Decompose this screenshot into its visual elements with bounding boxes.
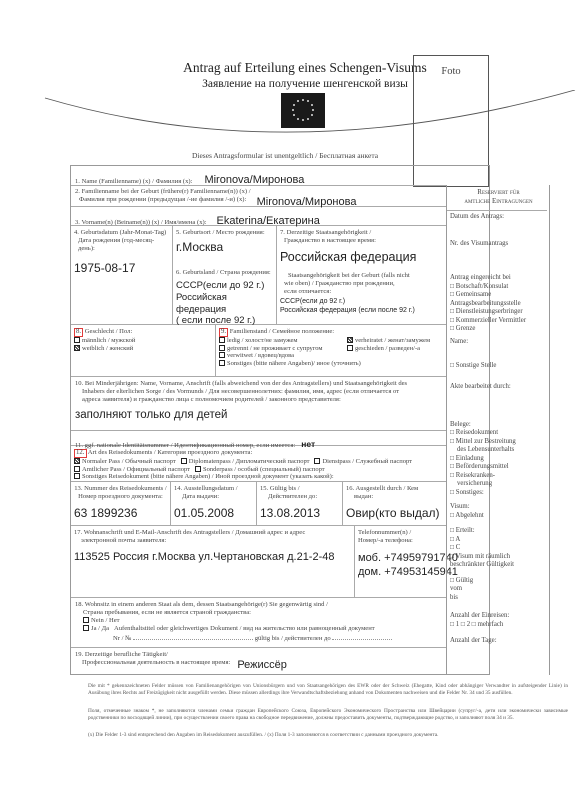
field-7-birth-label-line2: wie oben) / Гражданство при рождении, (280, 280, 444, 288)
option-label: Dienstpass / Служебный паспорт (322, 458, 412, 465)
official-checkbox-item[interactable]: □ A (450, 536, 547, 544)
option-yes-description: Aufenthaltstitel oder gleichwertiges Dok… (114, 625, 375, 632)
field-9-label: Familienstand / Семейное положение: (230, 328, 334, 335)
official-checkbox-item[interactable]: □ Erteilt: (450, 527, 547, 535)
phone-mobile: моб. +74959791740 (358, 551, 444, 565)
official-checkbox-item[interactable]: □ Botschaft/Konsulat (450, 283, 547, 291)
option-label: Normaler Pass / Обычный паспорт (82, 458, 176, 465)
official-use-items: Datum des Antrags:Nr. des VisumantragsAn… (450, 210, 547, 645)
option-label: weiblich / женский (82, 345, 133, 352)
official-label: Akte bearbeitet durch: (450, 383, 547, 391)
document-type-option[interactable]: Diplomatenpass / Дипломатический паспорт (181, 458, 310, 465)
footer-note-russian: Поля, отмеченные знаком *, не заполняютс… (88, 708, 568, 721)
form-title-russian: Заявление на получение шенгенской визы (170, 78, 440, 90)
field-17-address[interactable]: 17. Wohnanschrift und E-Mail-Anschrift d… (71, 526, 355, 597)
marital-option[interactable]: geschieden / разведен/-а (347, 345, 447, 353)
official-checkbox-item[interactable]: □ Reisekranken- (450, 472, 547, 480)
document-type-row: Amtlicher Pass / Официальный паспортSond… (74, 466, 444, 474)
field-9-number-highlight: 9. (219, 328, 228, 337)
document-type-option[interactable]: Dienstpass / Служебный паспорт (314, 458, 412, 465)
official-checkbox-item[interactable]: □ Sonstige Stelle (450, 362, 547, 370)
field-10-label-line1: 10. Bei Minderjährigen: Name, Vorname, A… (75, 380, 443, 388)
checkbox[interactable] (219, 337, 225, 343)
official-checkbox-item[interactable]: □ Kommerzieller Vermittler (450, 317, 547, 325)
field-18-label-line2: Страна пребывания, если не является стра… (75, 609, 443, 617)
official-checkbox-item[interactable]: □ Abgelehnt (450, 512, 547, 520)
field-4-birth-date[interactable]: 4. Geburtsdatum (Jahr-Monat-Tag) Дата ро… (71, 226, 173, 324)
field-1-surname[interactable]: 1. Name (Familienname) (x) / Фамилия (x)… (71, 166, 447, 186)
marital-option[interactable]: ledig / холост/не замужем (219, 337, 347, 345)
checkbox[interactable] (181, 458, 187, 464)
official-checkbox-item[interactable]: □ Einladung (450, 455, 547, 463)
field-8-options: männlich / мужскойweiblich / женский (74, 337, 212, 353)
sex-option[interactable]: weiblich / женский (74, 345, 212, 353)
field-5-label: 5. Geburtsort / Место рождения: (176, 229, 273, 237)
checkbox[interactable] (195, 466, 201, 472)
official-checkbox-item[interactable]: □ C (450, 544, 547, 552)
field-10-label-line3: адреса заявителя) и гражданство лица с п… (75, 396, 443, 404)
official-label: Nr. des Visumantrags (450, 240, 547, 248)
field-4-label-line1: 4. Geburtsdatum (Jahr-Monat-Tag) (74, 229, 169, 237)
official-label: beschränkter Gültigkeit (450, 561, 547, 569)
free-of-charge-notice: Dieses Antragsformular ist unentgeltlich… (120, 151, 450, 160)
field-14-value[interactable]: 01.05.2008 (174, 506, 253, 520)
field-5-value[interactable]: г.Москва (176, 240, 273, 254)
document-type-option[interactable]: Amtlicher Pass / Официальный паспорт (74, 466, 190, 473)
sex-option[interactable]: männlich / мужской (74, 337, 212, 345)
option-label: männlich / мужской (82, 337, 135, 344)
checkbox-no[interactable] (83, 617, 89, 623)
field-8-sex: 8. Geschlecht / Пол: männlich / мужскойw… (71, 325, 216, 376)
field-10-minor-guardian[interactable]: 10. Bei Minderjährigen: Name, Vorname, A… (71, 377, 447, 431)
field-6-value-line1: СССР(если до 92 г.) (176, 280, 273, 292)
official-checkbox-item[interactable]: □ Dienstleistungserbringer (450, 308, 547, 316)
field-11-national-id[interactable]: 11. ggf. nationale Identitätsnummer / Ид… (71, 431, 447, 446)
official-label: des Lebensunterhalts (450, 446, 547, 454)
field-16-value[interactable]: Овир(кто выдал) (346, 506, 444, 520)
field-7-label-line1: 7. Derzeitige Staatsangehörigkeit / (280, 229, 444, 237)
marital-option[interactable]: verwitwet / вдовец/вдова (219, 352, 447, 360)
field-6-label: 6. Geburtsland / Страна рождения: (176, 269, 273, 277)
field-2-birth-surname[interactable]: 2. Familienname bei der Geburt (frühere(… (71, 186, 447, 207)
checkbox[interactable] (314, 458, 320, 464)
official-label: Anzahl der Tage: (450, 637, 547, 645)
checkbox[interactable] (74, 458, 80, 464)
valid-until-input[interactable] (332, 639, 392, 640)
official-title-line1: Reserviert für (450, 188, 547, 197)
field-3-label: 3. Vorname(n) (Beiname(n)) (x) / Имя/име… (75, 219, 207, 226)
official-checkbox-item[interactable]: □ Sonstiges: (450, 489, 547, 497)
checkbox[interactable] (74, 337, 80, 343)
field-6-value[interactable]: СССР(если до 92 г.) Российская федерация… (176, 280, 273, 328)
field-14-issue-date[interactable]: 14. Ausstellungsdatum / Дата выдачи: 01.… (171, 482, 257, 525)
nr-label: Nr / № (113, 635, 131, 642)
field-16-label-line1: 16. Ausgestellt durch / Кем (346, 485, 444, 493)
checkbox[interactable] (74, 345, 80, 351)
option-label: verheiratet / женат/замужем (355, 337, 430, 344)
official-label: Anzahl der Einreisen: (450, 612, 547, 620)
field-9-options: ledig / холост/не замужемverheiratet / ж… (219, 337, 444, 368)
field-5-6-birthplace: 5. Geburtsort / Место рождения: г.Москва… (173, 226, 277, 324)
field-18-residence-other-state: 18. Wohnsitz in einem anderen Staat als … (71, 598, 447, 648)
checkbox[interactable] (219, 360, 225, 366)
field-2-label-line1: 2. Familienname bei der Geburt (frühere(… (75, 188, 251, 196)
footer-note-fields: (x) Die Felder 1-3 sind entsprechend den… (88, 732, 568, 739)
field-9-marital-status: 9. Familienstand / Семейное положение: l… (216, 325, 447, 376)
field-4-label-line2: Дата рождения (год-месяц-день): (74, 237, 169, 253)
marital-option[interactable]: getrennt / не проживает с супругом (219, 345, 347, 353)
field-19-label-line1: 19. Derzeitige berufliche Tätigkeit/ (75, 651, 230, 659)
field-7-birth-label-line1: Staatsangehörigkeit bei der Geburt (fall… (280, 272, 444, 280)
valid-until-label: gültig bis / действителен до (255, 635, 331, 642)
fields-13-16-passport: 13. Nummer des Reisedokuments / Номер пр… (71, 482, 447, 526)
field-15-valid-until[interactable]: 15. Gültig bis / Действителен до: 13.08.… (257, 482, 343, 525)
checkbox[interactable] (74, 473, 80, 479)
official-label: Visum: (450, 503, 547, 511)
option-label: Amtlicher Pass / Официальный паспорт (82, 466, 190, 473)
official-checkbox-item[interactable]: □ Grenze (450, 325, 547, 333)
application-form: 1. Name (Familienname) (x) / Фамилия (x)… (70, 165, 490, 675)
field-15-value[interactable]: 13.08.2013 (260, 506, 339, 520)
option-label: ledig / холост/не замужем (227, 337, 298, 344)
option-no-label: Nein / Нет (91, 617, 120, 624)
official-checkbox-item[interactable]: □ Gemeinsame (450, 291, 547, 299)
field-19-occupation[interactable]: 19. Derzeitige berufliche Tätigkeit/ Про… (71, 648, 447, 675)
field-7-value[interactable]: Российская федерация (280, 250, 444, 264)
photo-label: Foto (441, 66, 460, 77)
option-label: Sonstiges Reisedokument (bitte nähere An… (82, 473, 334, 480)
field-6-value-line2: Российская федерация (176, 292, 273, 316)
field-13-passport-number[interactable]: 13. Nummer des Reisedokuments / Номер пр… (71, 482, 171, 525)
field-18-option-no[interactable]: Nein / Нет (75, 617, 443, 625)
official-label: versicherung (450, 480, 547, 488)
field-14-label-line1: 14. Ausstellungsdatum / (174, 485, 253, 493)
field-13-value[interactable]: 63 1899236 (74, 506, 167, 520)
option-yes-label: Ja / Да (91, 625, 109, 632)
checkbox[interactable] (347, 337, 353, 343)
field-13-label-line1: 13. Nummer des Reisedokuments / (74, 485, 167, 493)
document-type-row: Sonstiges Reisedokument (bitte nähere An… (74, 473, 444, 481)
field-8-number-highlight: 8. (74, 328, 83, 337)
marital-option[interactable]: Sonstiges (bitte nähere Angaben)/ иное (… (219, 360, 447, 368)
field-10-label-line2: Inhabers der elterlichen Sorge / des Vor… (75, 388, 443, 396)
phone-label-line2: Номер/-а телефона: (358, 537, 444, 545)
official-label: bis (450, 594, 547, 602)
field-12-number-highlight: 12. (74, 449, 87, 458)
official-label: Name: (450, 338, 547, 346)
field-18-label-line1: 18. Wohnsitz in einem anderen Staat als … (75, 601, 443, 609)
official-label: Datum des Antrags: (447, 210, 547, 221)
field-7-birth-value-line1: СССР(если до 92 г.) (280, 297, 444, 306)
official-use-title: Reserviert für amtliche Eintragungen (450, 188, 547, 206)
field-17-label-line1: 17. Wohnanschrift und E-Mail-Anschrift d… (74, 529, 351, 537)
phone-label-line1: Telefonnummer(n) / (358, 529, 444, 537)
form-title-german: Antrag auf Erteilung eines Schengen-Visu… (170, 60, 440, 76)
field-16-issued-by[interactable]: 16. Ausgestellt durch / Кем выдан: Овир(… (343, 482, 447, 525)
phone-values[interactable]: моб. +74959791740 дом. +74953145941 (358, 551, 444, 580)
official-label: Antragsbearbeitungsstelle (450, 300, 547, 308)
checkbox[interactable] (219, 352, 225, 358)
field-7-birth-label-line3: если отличается: (280, 288, 444, 296)
field-17-value[interactable]: 113525 Россия г.Москва ул.Чертановская д… (74, 551, 351, 563)
official-use-column: Reserviert für amtliche Eintragungen Dat… (446, 185, 550, 675)
checkbox-yes[interactable] (83, 625, 89, 631)
field-2-label-line2: Фамилия при рождении (предыдущая /-ие фа… (75, 196, 251, 204)
checkbox[interactable] (347, 345, 353, 351)
field-1-label: 1. Name (Familienname) (x) / Фамилия (x)… (75, 178, 192, 185)
field-13-label-line2: Номер проездного документа: (74, 493, 167, 501)
option-label: Diplomatenpass / Дипломатический паспорт (189, 458, 310, 465)
document-type-row: Normaler Pass / Обычный паспортDiplomate… (74, 458, 444, 466)
field-3-first-name[interactable]: 3. Vorname(n) (Beiname(n)) (x) / Имя/име… (71, 207, 447, 226)
phone-home: дом. +74953145941 (358, 565, 444, 579)
official-checkbox-item[interactable]: □ Reisedokument (450, 429, 547, 437)
document-type-option[interactable]: Sonderpass / особый (специальный) паспор… (195, 466, 325, 473)
field-17-phone[interactable]: Telefonnummer(n) / Номер/-а телефона: мо… (355, 526, 447, 597)
option-label: geschieden / разведен/-а (355, 345, 420, 352)
option-label: getrennt / не проживает с супругом (227, 345, 323, 352)
field-4-value[interactable]: 1975-08-17 (74, 261, 169, 275)
field-10-value[interactable]: заполняют только для детей (75, 409, 443, 421)
field-7-birth-value[interactable]: СССР(если до 92 г.) Российская федерация… (280, 297, 444, 315)
nr-input[interactable] (133, 639, 253, 640)
field-19-label-line2: Профессиональная деятельность в настояще… (75, 659, 230, 667)
field-17-label-line2: электронной почты заявителя: (74, 537, 351, 545)
official-checkbox-item[interactable]: □ Gültig (450, 577, 547, 585)
field-7-citizenship: 7. Derzeitige Staatsangehörigkeit / Граж… (277, 226, 447, 324)
field-14-label-line2: Дата выдачи: (174, 493, 253, 501)
field-7-birth-value-line2: Российская федерация (если после 92 г.) (280, 306, 444, 315)
option-label: Sonderpass / особый (специальный) паспор… (203, 466, 325, 473)
checkbox[interactable] (74, 466, 80, 472)
document-type-option[interactable]: Normaler Pass / Обычный паспорт (74, 458, 176, 465)
official-label: vom (450, 585, 547, 593)
field-1-value[interactable]: Mironova/Миронова (204, 174, 304, 186)
checkbox[interactable] (219, 345, 225, 351)
field-18-document-line: Nr / № gültig bis / действителен до (75, 635, 443, 643)
fields-4-7-birth-citizenship: 4. Geburtsdatum (Jahr-Monat-Tag) Дата ро… (71, 226, 447, 325)
field-12-label: Art des Reisedokuments / Категория проез… (88, 449, 253, 456)
field-15-label-line1: 15. Gültig bis / (260, 485, 339, 493)
footer-note-german: Die mit * gekennzeichneten Felder müssen… (88, 683, 568, 696)
field-12-document-type: 12. Art des Reisedokuments / Категория п… (71, 446, 447, 482)
field-18-option-yes[interactable]: Ja / Да Aufenthaltstitel oder gleichwert… (75, 625, 443, 633)
official-checkbox-item[interactable]: □ 1 □ 2 □ mehrfach (450, 621, 547, 629)
official-label: Antrag eingereicht bei (450, 274, 547, 282)
official-label: Belege: (450, 421, 547, 429)
official-title-line2: amtliche Eintragungen (450, 197, 547, 206)
document-type-option[interactable]: Sonstiges Reisedokument (bitte nähere An… (74, 473, 334, 480)
field-17-address-phone: 17. Wohnanschrift und E-Mail-Anschrift d… (71, 526, 447, 598)
official-checkbox-item[interactable]: □ Beförderungsmittel (450, 463, 547, 471)
field-7-label-line2: Гражданство в настоящее время: (280, 237, 444, 245)
fields-8-9-sex-marital: 8. Geschlecht / Пол: männlich / мужскойw… (71, 325, 447, 377)
decorative-arc (0, 90, 581, 150)
marital-option[interactable]: verheiratet / женат/замужем (347, 337, 447, 345)
option-label: verwitwet / вдовец/вдова (227, 352, 294, 359)
official-checkbox-item[interactable]: □ Visum mit räumlich (450, 553, 547, 561)
option-label: Sonstiges (bitte nähere Angaben)/ иное (… (227, 360, 361, 367)
field-16-label-line2: выдан: (346, 493, 444, 501)
field-12-options: Normaler Pass / Обычный паспортDiplomate… (74, 458, 444, 481)
official-checkbox-item[interactable]: □ Mittel zur Bestreitung (450, 438, 547, 446)
field-8-label: Geschlecht / Пол: (85, 328, 133, 335)
field-19-value[interactable]: Режиссёр (237, 659, 287, 671)
field-15-label-line2: Действителен до: (260, 493, 339, 501)
